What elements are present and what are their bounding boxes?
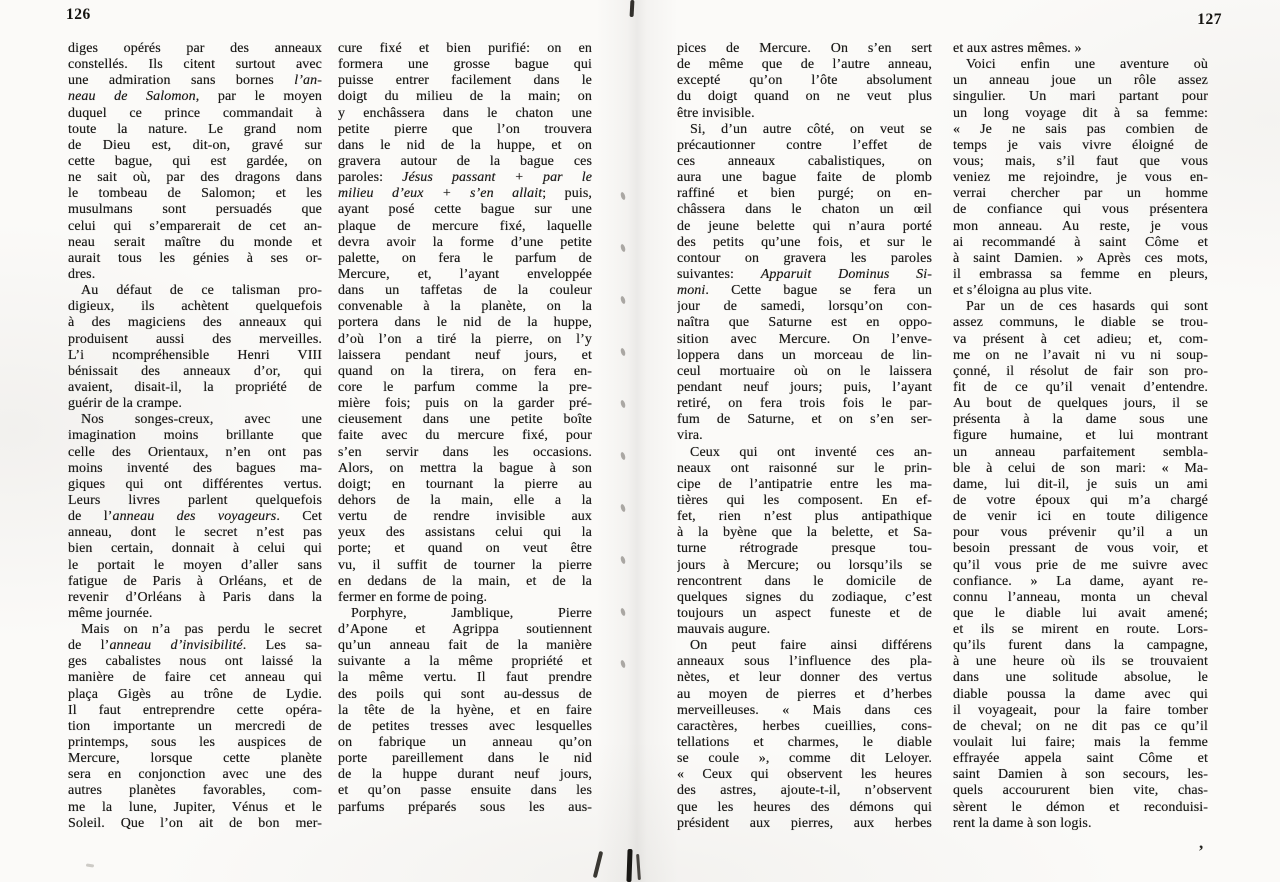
text-line: palette, on fera le parfum de xyxy=(338,251,592,267)
text-line: vu, il suffit de tourner la pierre xyxy=(338,558,592,574)
text-line: de cheval; on ne dit pas ce qu’il xyxy=(953,719,1208,735)
text-line: ceul mortuaire où on le laissera xyxy=(677,364,932,380)
text-line: ble à celui de son mari: « Ma- xyxy=(953,461,1208,477)
text-line: fermer en forme de poing. xyxy=(338,590,592,606)
text-line: et ils se mirent en route. Lors- xyxy=(953,622,1208,638)
page-number-left: 126 xyxy=(66,6,91,24)
text-line: avaient, disait-il, la propriété de xyxy=(68,380,322,396)
text-line: et qu’on passe ensuite dans les xyxy=(338,783,592,799)
text-line: on fabrique un anneau qu’on xyxy=(338,735,592,751)
text-line: sition avec Mercure. On l’enve- xyxy=(677,332,932,348)
text-line: constellés. Ils citent surtout avec xyxy=(68,57,322,73)
text-line: qu’un anneau fait de la manière xyxy=(338,638,592,654)
text-line: précautionner contre l’effet de xyxy=(677,138,932,154)
text-line: neaux ont raisonné sur le prin- xyxy=(677,461,932,477)
text-line: faite avec du mercure fixé, pour xyxy=(338,428,592,444)
text-line: imagination moins brillante que xyxy=(68,428,322,444)
text-line: « Ceux qui observent les heures xyxy=(677,767,932,783)
text-line: de venir ici en toute diligence xyxy=(953,509,1208,525)
text-line: manière de faire cet anneau qui xyxy=(68,670,322,686)
text-line: Mercure, et, l’ayant enveloppée xyxy=(338,267,592,283)
text-line: vous; mais, s’il faut que vous xyxy=(953,154,1208,170)
text-line: Porphyre, Jamblique, Pierre xyxy=(338,606,592,622)
text-line: Voici enfin une aventure où xyxy=(953,57,1208,73)
text-line: loppera dans un morceau de lin- xyxy=(677,348,932,364)
text-line: tion importante un mercredi de xyxy=(68,719,322,735)
text-line: fet, rien n’est plus antipathique xyxy=(677,509,932,525)
text-line: voulait lui faire; mais la femme xyxy=(953,735,1208,751)
text-line: de Dieu est, dit-on, gravé sur xyxy=(68,138,322,154)
text-line: excepté qu’on l’ôte absolument xyxy=(677,73,932,89)
text-line: assez communs, le diable se trou- xyxy=(953,315,1208,331)
text-line: bien certain, donnait à celui qui xyxy=(68,541,322,557)
text-line: pour vous prévenir qu’il a un xyxy=(953,525,1208,541)
text-line: s’en servir dans les occasions. xyxy=(338,445,592,461)
text-line: qu’il vous prie de me suivre avec xyxy=(953,558,1208,574)
text-line: formera une grosse bague qui xyxy=(338,57,592,73)
text-line: contour on gravera les paroles xyxy=(677,251,932,267)
text-line: une admiration sans bornes l’an- xyxy=(68,73,322,89)
text-line: Mercure, lorsque cette planète xyxy=(68,751,322,767)
text-line: ges cabalistes nous ont laissé la xyxy=(68,654,322,670)
text-line: temps je vais vivre éloigné de xyxy=(953,138,1208,154)
text-line: quelques signes du zodiaque, c’est xyxy=(677,590,932,606)
text-line: Si, d’un autre côté, on veut se xyxy=(677,122,932,138)
text-line: celui qui s’emparerait de cet an- xyxy=(68,219,322,235)
text-line: Par un de ces hasards qui sont xyxy=(953,299,1208,315)
text-line: Au défaut de ce talisman pro- xyxy=(68,283,322,299)
text-line: sèrent le démon et reconduisi- xyxy=(953,800,1208,816)
text-line: un anneau joue un rôle assez xyxy=(953,73,1208,89)
text-line: rencontrent dans le domicile de xyxy=(677,574,932,590)
text-line: me on ne l’avait ni vu ni soup- xyxy=(953,348,1208,364)
text-line: tières qui les composent. En ef- xyxy=(677,493,932,509)
text-line: y enchâssera dans le chaton une xyxy=(338,106,592,122)
text-line: ayant posé cette bague sur une xyxy=(338,202,592,218)
text-line: ces anneaux cabalistiques, on xyxy=(677,154,932,170)
text-line: à saint Damien. » Après ces mots, xyxy=(953,251,1208,267)
text-line: connu l’anneau, monta un cheval xyxy=(953,590,1208,606)
text-line: de jeune belette qui n’aura porté xyxy=(677,219,932,235)
text-line: d’Apone et Agrippa soutiennent xyxy=(338,622,592,638)
text-line: merveilleuses. « Mais dans ces xyxy=(677,703,932,719)
text-line: suivantes: Apparuit Dominus Si- xyxy=(677,267,932,283)
text-line: digieux, ils achètent quelquefois xyxy=(68,299,322,315)
text-line: va présent à cet adieu; et, com- xyxy=(953,332,1208,348)
text-line: neau de Salomon, par le moyen xyxy=(68,89,322,105)
text-line: retiré, on fera trois fois le par- xyxy=(677,396,932,412)
text-line: suivante a la même propriété et xyxy=(338,654,592,670)
text-line: plaça Gigès au trône de Lydie. xyxy=(68,687,322,703)
scan-smudge xyxy=(86,863,94,867)
text-line: cieusement dans une petite boîte xyxy=(338,412,592,428)
text-line: au moyen de pierres et d’herbes xyxy=(677,687,932,703)
text-line: devra avoir la forme d’une petite xyxy=(338,235,592,251)
text-line: printemps, sous les auspices de xyxy=(68,735,322,751)
text-line: Soleil. Que l’on ait de bon mer- xyxy=(68,816,322,832)
text-line: core le parfum comme la pre- xyxy=(338,380,592,396)
text-column-right-page-2: et aux astres mêmes. »Voici enfin une av… xyxy=(953,41,1208,832)
text-line: gravera autour de la bague ces xyxy=(338,154,592,170)
text-line: fum de Saturne, et on s’en ser- xyxy=(677,412,932,428)
text-line: figure humaine, et lui montrant xyxy=(953,428,1208,444)
text-line: pices de Mercure. On s’en sert xyxy=(677,41,932,57)
text-column-right-page-1: pices de Mercure. On s’en sertde même qu… xyxy=(677,41,932,832)
text-line: vertu de rendre invisible aux xyxy=(338,509,592,525)
text-line: à une heure où ils se trouvaient xyxy=(953,654,1208,670)
text-line: Mais on n’a pas perdu le secret xyxy=(68,622,322,638)
text-line: il voyageait, pour la faire tomber xyxy=(953,703,1208,719)
text-line: se coule », comme dit Leloyer. xyxy=(677,751,932,767)
page-number-right: 127 xyxy=(1160,11,1222,29)
text-line: dans le nid de la huppe, et on xyxy=(338,138,592,154)
text-line: Nos songes-creux, avec une xyxy=(68,412,322,428)
text-line: la tête de la hyène, et en faire xyxy=(338,703,592,719)
text-line: le portait le moyen d’aller sans xyxy=(68,558,322,574)
text-line: le tombeau de Salomon; et les xyxy=(68,186,322,202)
text-line: portera dans le nid de la huppe, xyxy=(338,315,592,331)
text-line: çonné, il résolut de fair son pro- xyxy=(953,364,1208,380)
text-line: turne rétrograde presque tou- xyxy=(677,541,932,557)
text-line: anneaux sous l’influence des pla- xyxy=(677,654,932,670)
text-column-left-page-1: diges opérés par des anneauxconstellés. … xyxy=(68,41,322,832)
text-line: du doigt quand on ne veut plus xyxy=(677,89,932,105)
text-line: anneau, dont le secret n’est pas xyxy=(68,525,322,541)
text-line: d’où l’on a tiré la pierre, on l’y xyxy=(338,332,592,348)
text-line: Ceux qui ont inventé ces an- xyxy=(677,445,932,461)
text-line: en dedans de la main, et de la xyxy=(338,574,592,590)
text-line: Au bout de quelques jours, il se xyxy=(953,396,1208,412)
text-line: porte; et quand on veut être xyxy=(338,541,592,557)
text-line: châssera dans le chaton un œil xyxy=(677,202,932,218)
text-line: moins inventé des bagues ma- xyxy=(68,461,322,477)
text-line: cure fixé et bien purifié: on en xyxy=(338,41,592,57)
text-line: dame, lui dit-il, je suis un ami xyxy=(953,477,1208,493)
text-line: besoin pressant de vous voir, et xyxy=(953,541,1208,557)
text-line: quels accoururent bien vite, chas- xyxy=(953,783,1208,799)
text-column-left-page-2: cure fixé et bien purifié: on enformera … xyxy=(338,41,592,816)
text-line: veniez me rejoindre, je vous en- xyxy=(953,170,1208,186)
text-line: de même que de l’autre anneau, xyxy=(677,57,932,73)
text-line: dans un taffetas de la couleur xyxy=(338,283,592,299)
text-line: de l’anneau d’invisibilité. Les sa- xyxy=(68,638,322,654)
text-line: toute la nature. Le grand nom xyxy=(68,122,322,138)
text-line: On peut faire ainsi différens xyxy=(677,638,932,654)
text-line: dans une solitude absolue, le xyxy=(953,670,1208,686)
text-line: mière fois; puis on la garder pré- xyxy=(338,396,592,412)
text-line: caractères, herbes cueillies, cons- xyxy=(677,719,932,735)
text-line: raffiné et bien purgé; on en- xyxy=(677,186,932,202)
text-line: « Je ne sais pas combien de xyxy=(953,122,1208,138)
text-line: mauvais augure. xyxy=(677,622,932,638)
text-line: sera en conjonction avec une des xyxy=(68,767,322,783)
text-line: que le diable lui avait amené; xyxy=(953,606,1208,622)
text-line: cette bague, qui est gardée, on xyxy=(68,154,322,170)
text-line: fatigue de Paris à Orléans, et de xyxy=(68,574,322,590)
stray-comma-mark: , xyxy=(1199,833,1203,853)
text-line: rent la dame à son logis. xyxy=(953,816,1208,832)
text-line: la même vertu. Il faut prendre xyxy=(338,670,592,686)
text-line: mon anneau. Au reste, je vous xyxy=(953,219,1208,235)
text-line: Il faut entreprendre cette opéra- xyxy=(68,703,322,719)
text-line: toujours un aspect funeste et de xyxy=(677,606,932,622)
book-spread: 126 127 diges opérés par des anneauxcons… xyxy=(0,0,1280,882)
text-line: de la huppe durant neuf jours, xyxy=(338,767,592,783)
text-line: présenta à la dame sous une xyxy=(953,412,1208,428)
text-line: milieu d’eux + s’en allait; puis, xyxy=(338,186,592,202)
text-line: et s’éloigna au plus vite. xyxy=(953,283,1208,299)
text-line: Leurs livres parlent quelquefois xyxy=(68,493,322,509)
text-line: ne sait où, par des dragons dans xyxy=(68,170,322,186)
text-line: cipe de l’antipatrie entre les ma- xyxy=(677,477,932,493)
text-line: tellations et charmes, le diable xyxy=(677,735,932,751)
text-line: revenir d’Orléans à Paris dans la xyxy=(68,590,322,606)
text-line: des petits qu’une fois, et sur le xyxy=(677,235,932,251)
text-line: neau serait maître du monde et xyxy=(68,235,322,251)
text-line: un anneau parfaitement sembla- xyxy=(953,445,1208,461)
text-line: ai recommandé à saint Côme et xyxy=(953,235,1208,251)
text-line: parfums préparés sous les aus- xyxy=(338,800,592,816)
text-line: dres. xyxy=(68,267,322,283)
text-line: quand on la tirera, on fera en- xyxy=(338,364,592,380)
text-line: jour de samedi, lorsqu’on con- xyxy=(677,299,932,315)
text-line: paroles: Jésus passant + par le xyxy=(338,170,592,186)
text-line: de l’anneau des voyageurs. Cet xyxy=(68,509,322,525)
text-line: jours à Mercure; ou lorsqu’ils se xyxy=(677,558,932,574)
text-line: doigt du milieu de la main; on xyxy=(338,89,592,105)
text-line: de confiance qui vous présentera xyxy=(953,202,1208,218)
text-line: guérir de la crampe. xyxy=(68,396,322,412)
text-line: de votre époux qui m’a chargé xyxy=(953,493,1208,509)
text-line: à des magiciens des anneaux qui xyxy=(68,315,322,331)
text-line: diges opérés par des anneaux xyxy=(68,41,322,57)
text-line: puisse entrer facilement dans le xyxy=(338,73,592,89)
text-line: me la lune, Jupiter, Vénus et le xyxy=(68,800,322,816)
text-line: Alors, on mettra la bague à son xyxy=(338,461,592,477)
text-line: des astres, ajoute-t-il, n’observent xyxy=(677,783,932,799)
text-line: duquel ce prince commandait à xyxy=(68,106,322,122)
text-line: yeux des assistans celui qui la xyxy=(338,525,592,541)
text-line: même journée. xyxy=(68,606,322,622)
text-line: plaque de mercure fixé, laquelle xyxy=(338,219,592,235)
text-line: produisent aussi des merveilles. xyxy=(68,332,322,348)
text-line: porte pareillement dans le nid xyxy=(338,751,592,767)
text-line: moni. Cette bague se fera un xyxy=(677,283,932,299)
text-line: singulier. Un mari partant pour xyxy=(953,89,1208,105)
text-line: qu’ils furent dans la campagne, xyxy=(953,638,1208,654)
text-line: confiance. » La dame, ayant re- xyxy=(953,574,1208,590)
text-line: pendant neuf jours; puis, l’ayant xyxy=(677,380,932,396)
text-line: aura une bague faite de plomb xyxy=(677,170,932,186)
text-line: petite pierre que l’on trouvera xyxy=(338,122,592,138)
text-line: L’i ncompréhensible Henri VIII xyxy=(68,348,322,364)
text-line: il embrassa sa femme en pleurs, xyxy=(953,267,1208,283)
text-line: des poils qui sont au-dessus de xyxy=(338,687,592,703)
text-line: être invisible. xyxy=(677,106,932,122)
text-line: fit de ce qu’il venait d’entendre. xyxy=(953,380,1208,396)
gutter-shadow xyxy=(596,0,678,882)
text-line: aurait tous les génies à ses or- xyxy=(68,251,322,267)
text-line: et aux astres mêmes. » xyxy=(953,41,1208,57)
text-line: nètes, et leur donner des vertus xyxy=(677,670,932,686)
text-line: dehors de la main, elle a la xyxy=(338,493,592,509)
text-line: autres planètes favorables, com- xyxy=(68,783,322,799)
text-line: vira. xyxy=(677,428,932,444)
text-line: musulmans sont persuadés que xyxy=(68,202,322,218)
text-line: verrai chercher par un homme xyxy=(953,186,1208,202)
text-line: celle des Orientaux, n’en ont pas xyxy=(68,445,322,461)
text-line: bénissait des anneaux d’or, qui xyxy=(68,364,322,380)
text-line: à la byène que la belette, et Sa- xyxy=(677,525,932,541)
text-line: naîtra que Saturne est en oppo- xyxy=(677,315,932,331)
text-line: de petites tresses avec lesquelles xyxy=(338,719,592,735)
text-line: giques qui ont différentes vertus. xyxy=(68,477,322,493)
text-line: effrayée appela saint Côme et xyxy=(953,751,1208,767)
text-line: saint Damien à son secours, les- xyxy=(953,767,1208,783)
text-line: diable poussa la dame avec qui xyxy=(953,687,1208,703)
text-line: doigt; en tournant la pierre au xyxy=(338,477,592,493)
text-line: laissera pendant neuf jours, et xyxy=(338,348,592,364)
text-line: convenable à la planète, on la xyxy=(338,299,592,315)
text-line: président aux pierres, aux herbes xyxy=(677,816,932,832)
text-line: un long voyage dit à sa femme: xyxy=(953,106,1208,122)
text-line: que les heures des démons qui xyxy=(677,800,932,816)
